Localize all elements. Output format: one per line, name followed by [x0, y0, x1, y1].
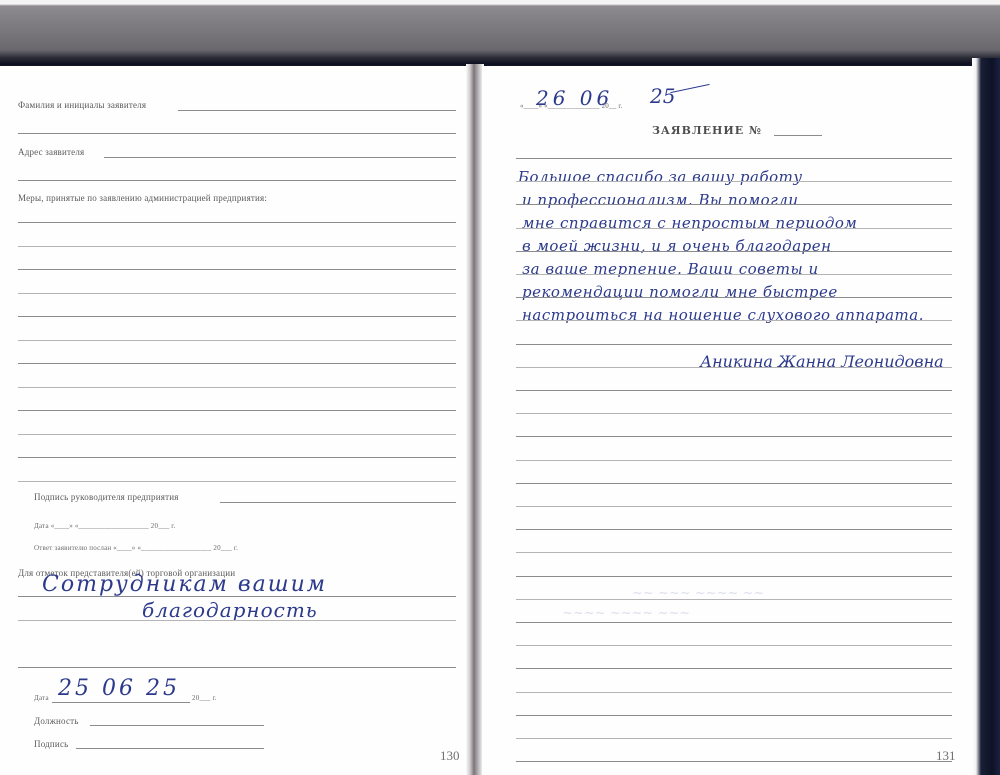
statement-line — [516, 320, 952, 321]
measures-line — [18, 316, 456, 317]
footer-date-label: Дата — [34, 694, 49, 702]
trade-rep-line-3 — [18, 667, 456, 668]
statement-line — [516, 576, 952, 577]
applicant-name-line — [178, 110, 456, 111]
statement-text-line: Большое спасибо за вашу работу — [518, 168, 803, 186]
statement-line — [516, 158, 952, 159]
statement-line — [516, 181, 952, 182]
book-cover-edge — [972, 58, 1000, 775]
statement-text-line: в моей жизни, и я очень благодарен — [522, 237, 832, 255]
scanner-shadow — [0, 0, 1000, 68]
statement-line — [516, 251, 952, 252]
statement-line — [516, 645, 952, 646]
footer-date-line — [52, 702, 190, 703]
bleed-through-text: ~~ ~~~ ~~~~ ~~ — [632, 586, 764, 601]
trade-rep-handwritten-line-2: благодарность — [142, 598, 318, 622]
measures-line — [18, 387, 456, 388]
page-number-left: 130 — [440, 748, 460, 764]
applicant-address-line-2 — [18, 180, 456, 181]
left-page: Фамилия и инициалы заявителя Адрес заяви… — [0, 66, 470, 775]
statement-line — [516, 692, 952, 693]
date-template: «____» «______________ 20__ г. — [520, 102, 623, 110]
measures-line — [18, 269, 456, 270]
manager-signature-line — [220, 502, 456, 503]
measures-line — [18, 363, 456, 364]
statement-text-line: и профессионализм. Вы помогли — [522, 191, 798, 209]
footer-date-suffix: 20___ г. — [192, 694, 217, 702]
page-number-right: 131 — [936, 748, 956, 764]
statement-line — [516, 390, 952, 391]
applicant-name-label: Фамилия и инициалы заявителя — [18, 100, 146, 110]
statement-text-line: за ваше терпение. Ваши советы и — [522, 260, 819, 278]
measures-line — [18, 457, 456, 458]
manager-signature-label: Подпись руководителя предприятия — [34, 492, 179, 502]
applicant-address-line — [104, 157, 456, 158]
statement-title: ЗАЯВЛЕНИЕ № — [652, 124, 762, 137]
footer-date-handwritten: 25 06 25 — [58, 676, 180, 701]
statement-text-line: мне справится с непростым периодом — [522, 214, 857, 232]
signature-line — [76, 748, 264, 749]
date-line: Дата «____» «___________________ 20___ г… — [34, 522, 175, 530]
position-line — [90, 725, 264, 726]
trade-rep-line-1 — [18, 596, 456, 597]
statement-line — [516, 460, 952, 461]
measures-line — [18, 222, 456, 223]
trade-rep-handwritten-line-1: Сотрудникам вашим — [42, 572, 327, 597]
measures-line — [18, 481, 456, 482]
ink-stroke — [670, 84, 709, 93]
statement-line — [516, 274, 952, 275]
reply-sent-line: Ответ заявителю послан «____» «_________… — [34, 544, 238, 552]
applicant-name-line-2 — [18, 133, 456, 134]
statement-line — [516, 668, 952, 669]
year-handwritten: 25 — [650, 84, 675, 108]
statement-line — [516, 529, 952, 530]
statement-line — [516, 483, 952, 484]
statement-line — [516, 413, 952, 414]
statement-number-line — [774, 135, 822, 136]
measures-line — [18, 293, 456, 294]
trade-rep-line-2 — [18, 620, 456, 621]
statement-line — [516, 738, 952, 739]
position-label: Должность — [34, 716, 79, 726]
statement-line — [516, 436, 952, 437]
measures-label: Меры, принятые по заявлению администраци… — [18, 193, 267, 203]
statement-line — [516, 761, 952, 762]
signature-label: Подпись — [34, 739, 68, 749]
applicant-address-label: Адрес заявителя — [18, 147, 84, 157]
statement-line — [516, 506, 952, 507]
statement-line — [516, 344, 952, 345]
bleed-through-text-2: ~~~~ ~~~~ ~~~ — [562, 606, 690, 621]
measures-line — [18, 340, 456, 341]
statement-line — [516, 622, 952, 623]
statement-text-line: рекомендации помогли мне быстрее — [522, 283, 838, 301]
statement-line — [516, 552, 952, 553]
statement-line — [516, 715, 952, 716]
signature-name: Аникина Жанна Леонидовна — [700, 352, 944, 371]
measures-line — [18, 410, 456, 411]
statement-line — [516, 204, 952, 205]
measures-line — [18, 434, 456, 435]
measures-line — [18, 246, 456, 247]
statement-line — [516, 228, 952, 229]
statement-line — [516, 297, 952, 298]
right-page: 26 06 25 «____» «______________ 20__ г. … — [482, 66, 972, 775]
